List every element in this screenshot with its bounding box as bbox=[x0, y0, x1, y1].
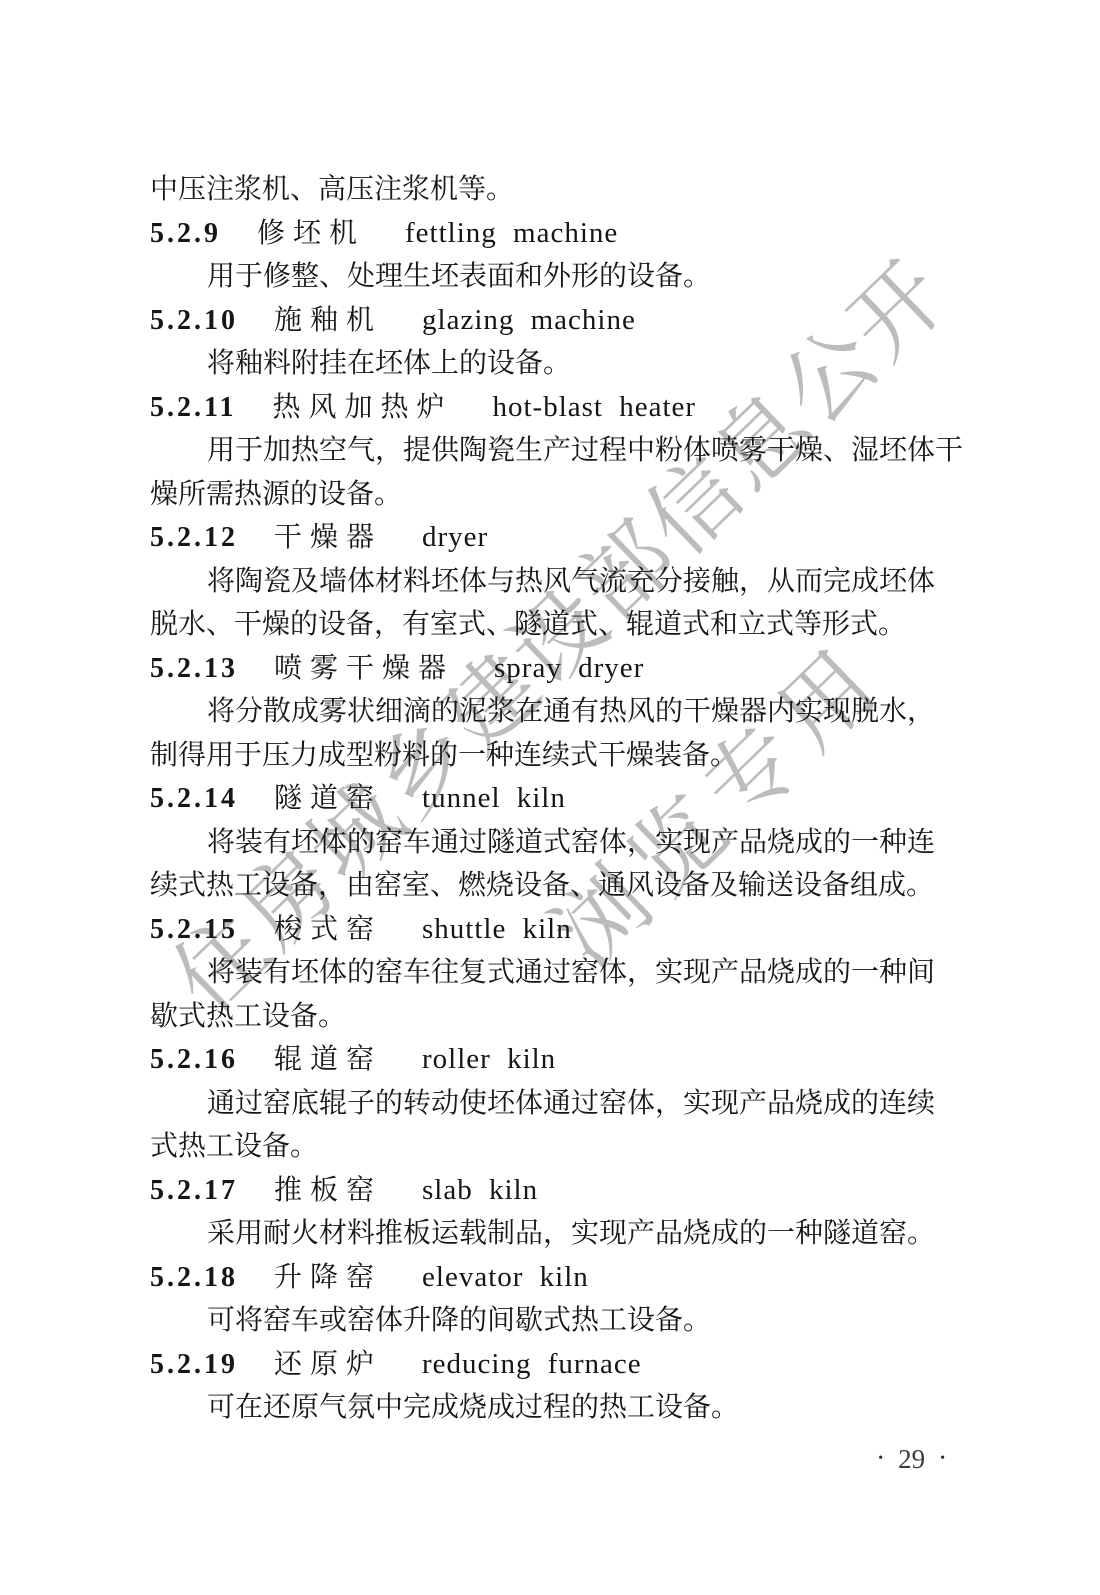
term-chinese: 喷雾干燥器 bbox=[274, 647, 454, 691]
term-section-number: 5.2.19 bbox=[150, 1343, 238, 1387]
terminology-entries: 5.2.9修坯机fettling machine用于修整、处理生坯表面和外形的设… bbox=[150, 212, 965, 1430]
paragraph-continuation-line: 中压注浆机、高压注浆机等。 bbox=[150, 168, 965, 212]
term-english: dryer bbox=[422, 516, 488, 560]
terminology-section: 中压注浆机、高压注浆机等。 5.2.9修坯机fettling machine用于… bbox=[150, 168, 965, 1430]
term-chinese: 还原炉 bbox=[274, 1343, 382, 1387]
term-definition-line: 通过窑底辊子的转动使坯体通过窑体，实现产品烧成的连续 bbox=[150, 1082, 965, 1126]
page-number-left-dot: • bbox=[878, 1452, 883, 1466]
page-number-right-dot: • bbox=[940, 1452, 945, 1466]
term-section-number: 5.2.9 bbox=[150, 212, 221, 256]
term-section-number: 5.2.12 bbox=[150, 516, 238, 560]
term-definition-line: 燥所需热源的设备。 bbox=[150, 473, 965, 517]
term-entry-heading: 5.2.19还原炉reducing furnace bbox=[150, 1343, 965, 1387]
term-entry-heading: 5.2.10施釉机glazing machine bbox=[150, 299, 965, 343]
term-entry-heading: 5.2.16辊道窑roller kiln bbox=[150, 1038, 965, 1082]
term-definition-line: 将釉料附挂在坯体上的设备。 bbox=[150, 342, 965, 386]
term-chinese: 修坯机 bbox=[257, 212, 365, 256]
term-english: spray dryer bbox=[494, 647, 644, 691]
term-section-number: 5.2.10 bbox=[150, 299, 238, 343]
term-entry-heading: 5.2.15梭式窑shuttle kiln bbox=[150, 908, 965, 952]
term-definition-line: 可在还原气氛中完成烧成过程的热工设备。 bbox=[150, 1386, 965, 1430]
term-english: shuttle kiln bbox=[422, 908, 572, 952]
term-english: elevator kiln bbox=[422, 1256, 589, 1300]
term-section-number: 5.2.17 bbox=[150, 1169, 238, 1213]
term-english: hot-blast heater bbox=[492, 386, 696, 430]
term-chinese: 隧道窑 bbox=[274, 777, 382, 821]
term-entry-heading: 5.2.18升降窑elevator kiln bbox=[150, 1256, 965, 1300]
term-definition-line: 将陶瓷及墙体材料坯体与热风气流充分接触，从而完成坯体 bbox=[150, 560, 965, 604]
term-entry-heading: 5.2.11热风加热炉hot-blast heater bbox=[150, 386, 965, 430]
term-english: roller kiln bbox=[422, 1038, 556, 1082]
term-entry-heading: 5.2.9修坯机fettling machine bbox=[150, 212, 965, 256]
term-definition-line: 用于修整、处理生坯表面和外形的设备。 bbox=[150, 255, 965, 299]
term-chinese: 干燥器 bbox=[274, 516, 382, 560]
page-number: • 29 • bbox=[878, 1442, 945, 1476]
term-english: reducing furnace bbox=[422, 1343, 642, 1387]
term-chinese: 推板窑 bbox=[274, 1169, 382, 1213]
term-definition-line: 将分散成雾状细滴的泥浆在通有热风的干燥器内实现脱水， bbox=[150, 690, 965, 734]
term-definition-line: 用于加热空气，提供陶瓷生产过程中粉体喷雾干燥、湿坯体干 bbox=[150, 429, 965, 473]
term-entry-heading: 5.2.17推板窑slab kiln bbox=[150, 1169, 965, 1213]
term-entry-heading: 5.2.13喷雾干燥器spray dryer bbox=[150, 647, 965, 691]
term-english: slab kiln bbox=[422, 1169, 538, 1213]
term-definition-line: 式热工设备。 bbox=[150, 1125, 965, 1169]
term-chinese: 梭式窑 bbox=[274, 908, 382, 952]
term-chinese: 热风加热炉 bbox=[272, 386, 452, 430]
term-chinese: 施釉机 bbox=[274, 299, 382, 343]
term-definition-line: 脱水、干燥的设备，有室式、隧道式、辊道式和立式等形式。 bbox=[150, 603, 965, 647]
term-definition-line: 制得用于压力成型粉料的一种连续式干燥装备。 bbox=[150, 734, 965, 778]
term-english: glazing machine bbox=[422, 299, 636, 343]
term-definition-line: 可将窑车或窑体升降的间歇式热工设备。 bbox=[150, 1299, 965, 1343]
term-chinese: 辊道窑 bbox=[274, 1038, 382, 1082]
term-definition-line: 采用耐火材料推板运载制品，实现产品烧成的一种隧道窑。 bbox=[150, 1212, 965, 1256]
term-chinese: 升降窑 bbox=[274, 1256, 382, 1300]
term-section-number: 5.2.11 bbox=[150, 386, 236, 430]
term-english: tunnel kiln bbox=[422, 777, 566, 821]
term-english: fettling machine bbox=[405, 212, 618, 256]
term-entry-heading: 5.2.12干燥器dryer bbox=[150, 516, 965, 560]
term-section-number: 5.2.14 bbox=[150, 777, 238, 821]
term-definition-line: 歇式热工设备。 bbox=[150, 995, 965, 1039]
term-section-number: 5.2.15 bbox=[150, 908, 238, 952]
page-number-value: 29 bbox=[898, 1444, 925, 1475]
term-definition-line: 将装有坯体的窑车通过隧道式窑体，实现产品烧成的一种连 bbox=[150, 821, 965, 865]
term-definition-line: 将装有坯体的窑车往复式通过窑体，实现产品烧成的一种间 bbox=[150, 951, 965, 995]
term-section-number: 5.2.13 bbox=[150, 647, 238, 691]
term-definition-line: 续式热工设备，由窑室、燃烧设备、通风设备及输送设备组成。 bbox=[150, 864, 965, 908]
term-entry-heading: 5.2.14隧道窑tunnel kiln bbox=[150, 777, 965, 821]
term-section-number: 5.2.18 bbox=[150, 1256, 238, 1300]
document-page: 住房城乡建设部信息公开 浏览专用 中压注浆机、高压注浆机等。 5.2.9修坯机f… bbox=[0, 0, 1100, 1595]
term-section-number: 5.2.16 bbox=[150, 1038, 238, 1082]
